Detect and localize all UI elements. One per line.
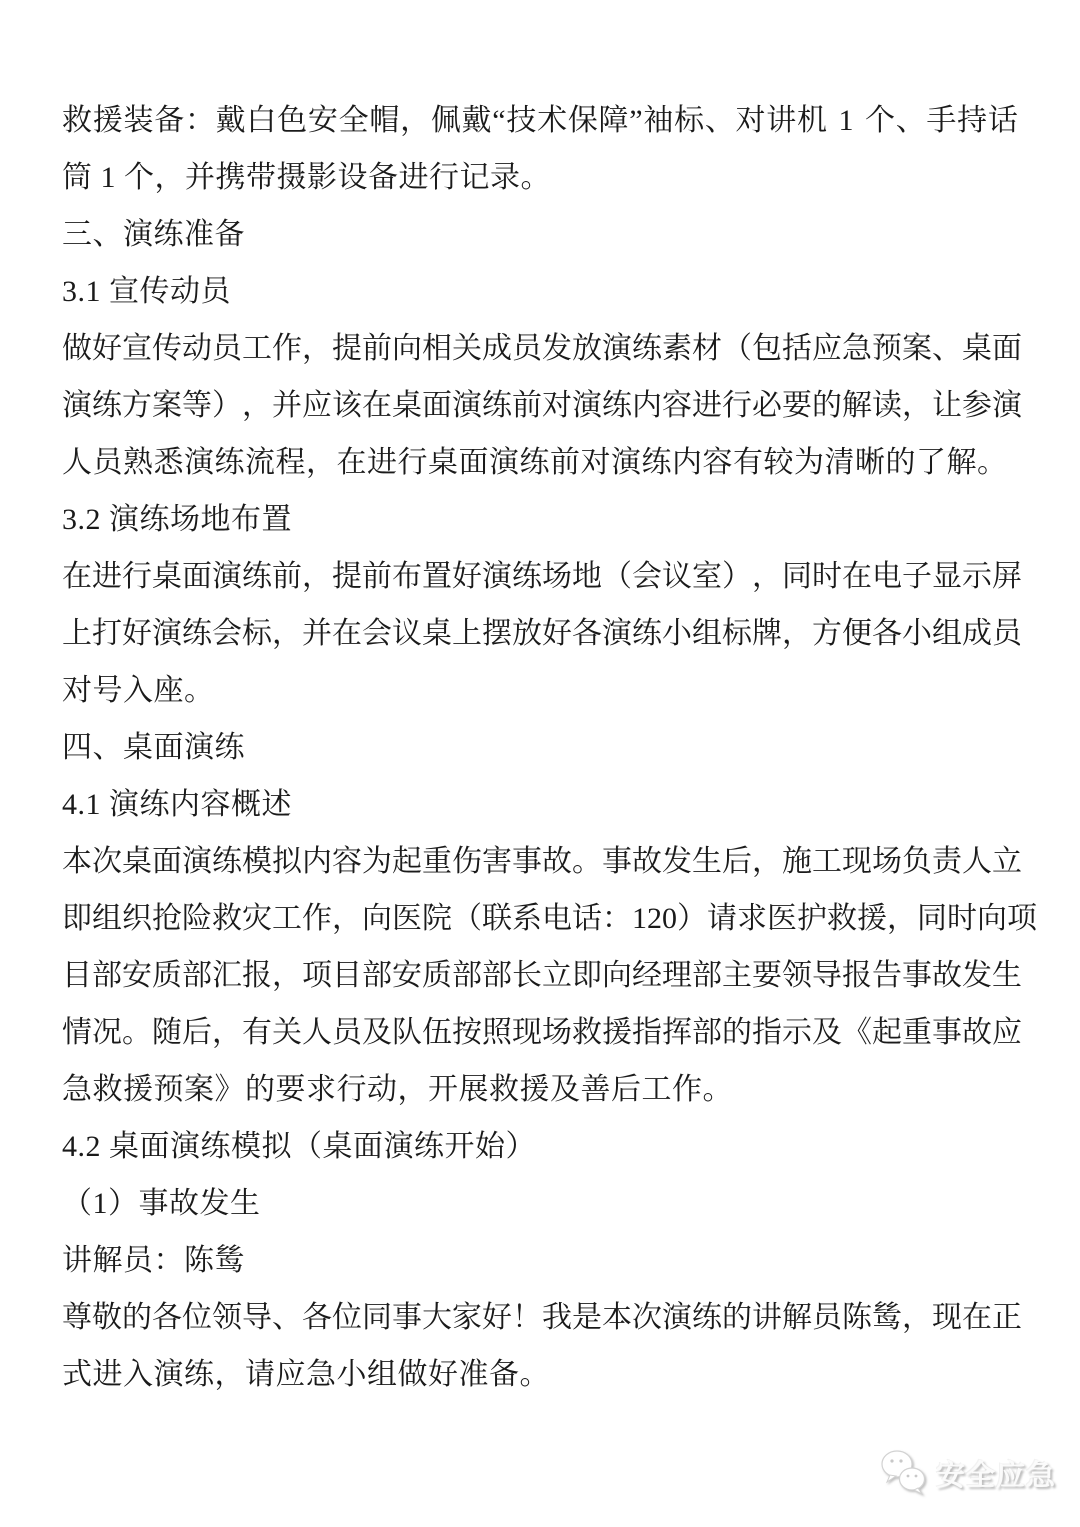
document-body: 救援装备：戴白色安全帽，佩戴“技术保障”袖标、对讲机 1 个、手持话筒 1 个，… bbox=[62, 92, 1018, 1403]
document-line: 演练方案等），并应该在桌面演练前对演练内容进行必要的解读，让参演 bbox=[62, 377, 1018, 434]
document-line: 做好宣传动员工作，提前向相关成员发放演练素材（包括应急预案、桌面 bbox=[62, 320, 1018, 377]
document-line: 式进入演练，请应急小组做好准备。 bbox=[62, 1346, 1018, 1403]
document-line: 救援装备：戴白色安全帽，佩戴“技术保障”袖标、对讲机 1 个、手持话 bbox=[62, 92, 1018, 149]
document-line: 尊敬的各位领导、各位同事大家好！我是本次演练的讲解员陈鸶，现在正 bbox=[62, 1289, 1018, 1346]
wechat-icon bbox=[878, 1447, 930, 1499]
watermark-label: 安全应急 bbox=[936, 1453, 1056, 1494]
document-line: 4.2 桌面演练模拟（桌面演练开始） bbox=[62, 1118, 1018, 1175]
document-line: 4.1 演练内容概述 bbox=[62, 776, 1018, 833]
document-line: 筒 1 个，并携带摄影设备进行记录。 bbox=[62, 149, 1018, 206]
document-line: 对号入座。 bbox=[62, 662, 1018, 719]
document-line: 讲解员：陈鸶 bbox=[62, 1232, 1018, 1289]
document-line: 三、演练准备 bbox=[62, 206, 1018, 263]
document-line: 3.2 演练场地布置 bbox=[62, 491, 1018, 548]
document-line: 即组织抢险救灾工作，向医院（联系电话：120）请求医护救援，同时向项 bbox=[62, 890, 1018, 947]
document-line: 在进行桌面演练前，提前布置好演练场地（会议室），同时在电子显示屏 bbox=[62, 548, 1018, 605]
document-line: 情况。随后，有关人员及队伍按照现场救援指挥部的指示及《起重事故应 bbox=[62, 1004, 1018, 1061]
document-line: 上打好演练会标，并在会议桌上摆放好各演练小组标牌，方便各小组成员 bbox=[62, 605, 1018, 662]
document-line: 目部安质部汇报，项目部安质部部长立即向经理部主要领导报告事故发生 bbox=[62, 947, 1018, 1004]
document-line: （1）事故发生 bbox=[62, 1175, 1018, 1232]
document-line: 四、桌面演练 bbox=[62, 719, 1018, 776]
document-line: 急救援预案》的要求行动，开展救援及善后工作。 bbox=[62, 1061, 1018, 1118]
watermark-badge: 安全应急 bbox=[878, 1447, 1056, 1499]
document-page: 救援装备：戴白色安全帽，佩戴“技术保障”袖标、对讲机 1 个、手持话筒 1 个，… bbox=[0, 0, 1080, 1527]
document-line: 3.1 宣传动员 bbox=[62, 263, 1018, 320]
document-line: 本次桌面演练模拟内容为起重伤害事故。事故发生后，施工现场负责人立 bbox=[62, 833, 1018, 890]
document-line: 人员熟悉演练流程，在进行桌面演练前对演练内容有较为清晰的了解。 bbox=[62, 434, 1018, 491]
